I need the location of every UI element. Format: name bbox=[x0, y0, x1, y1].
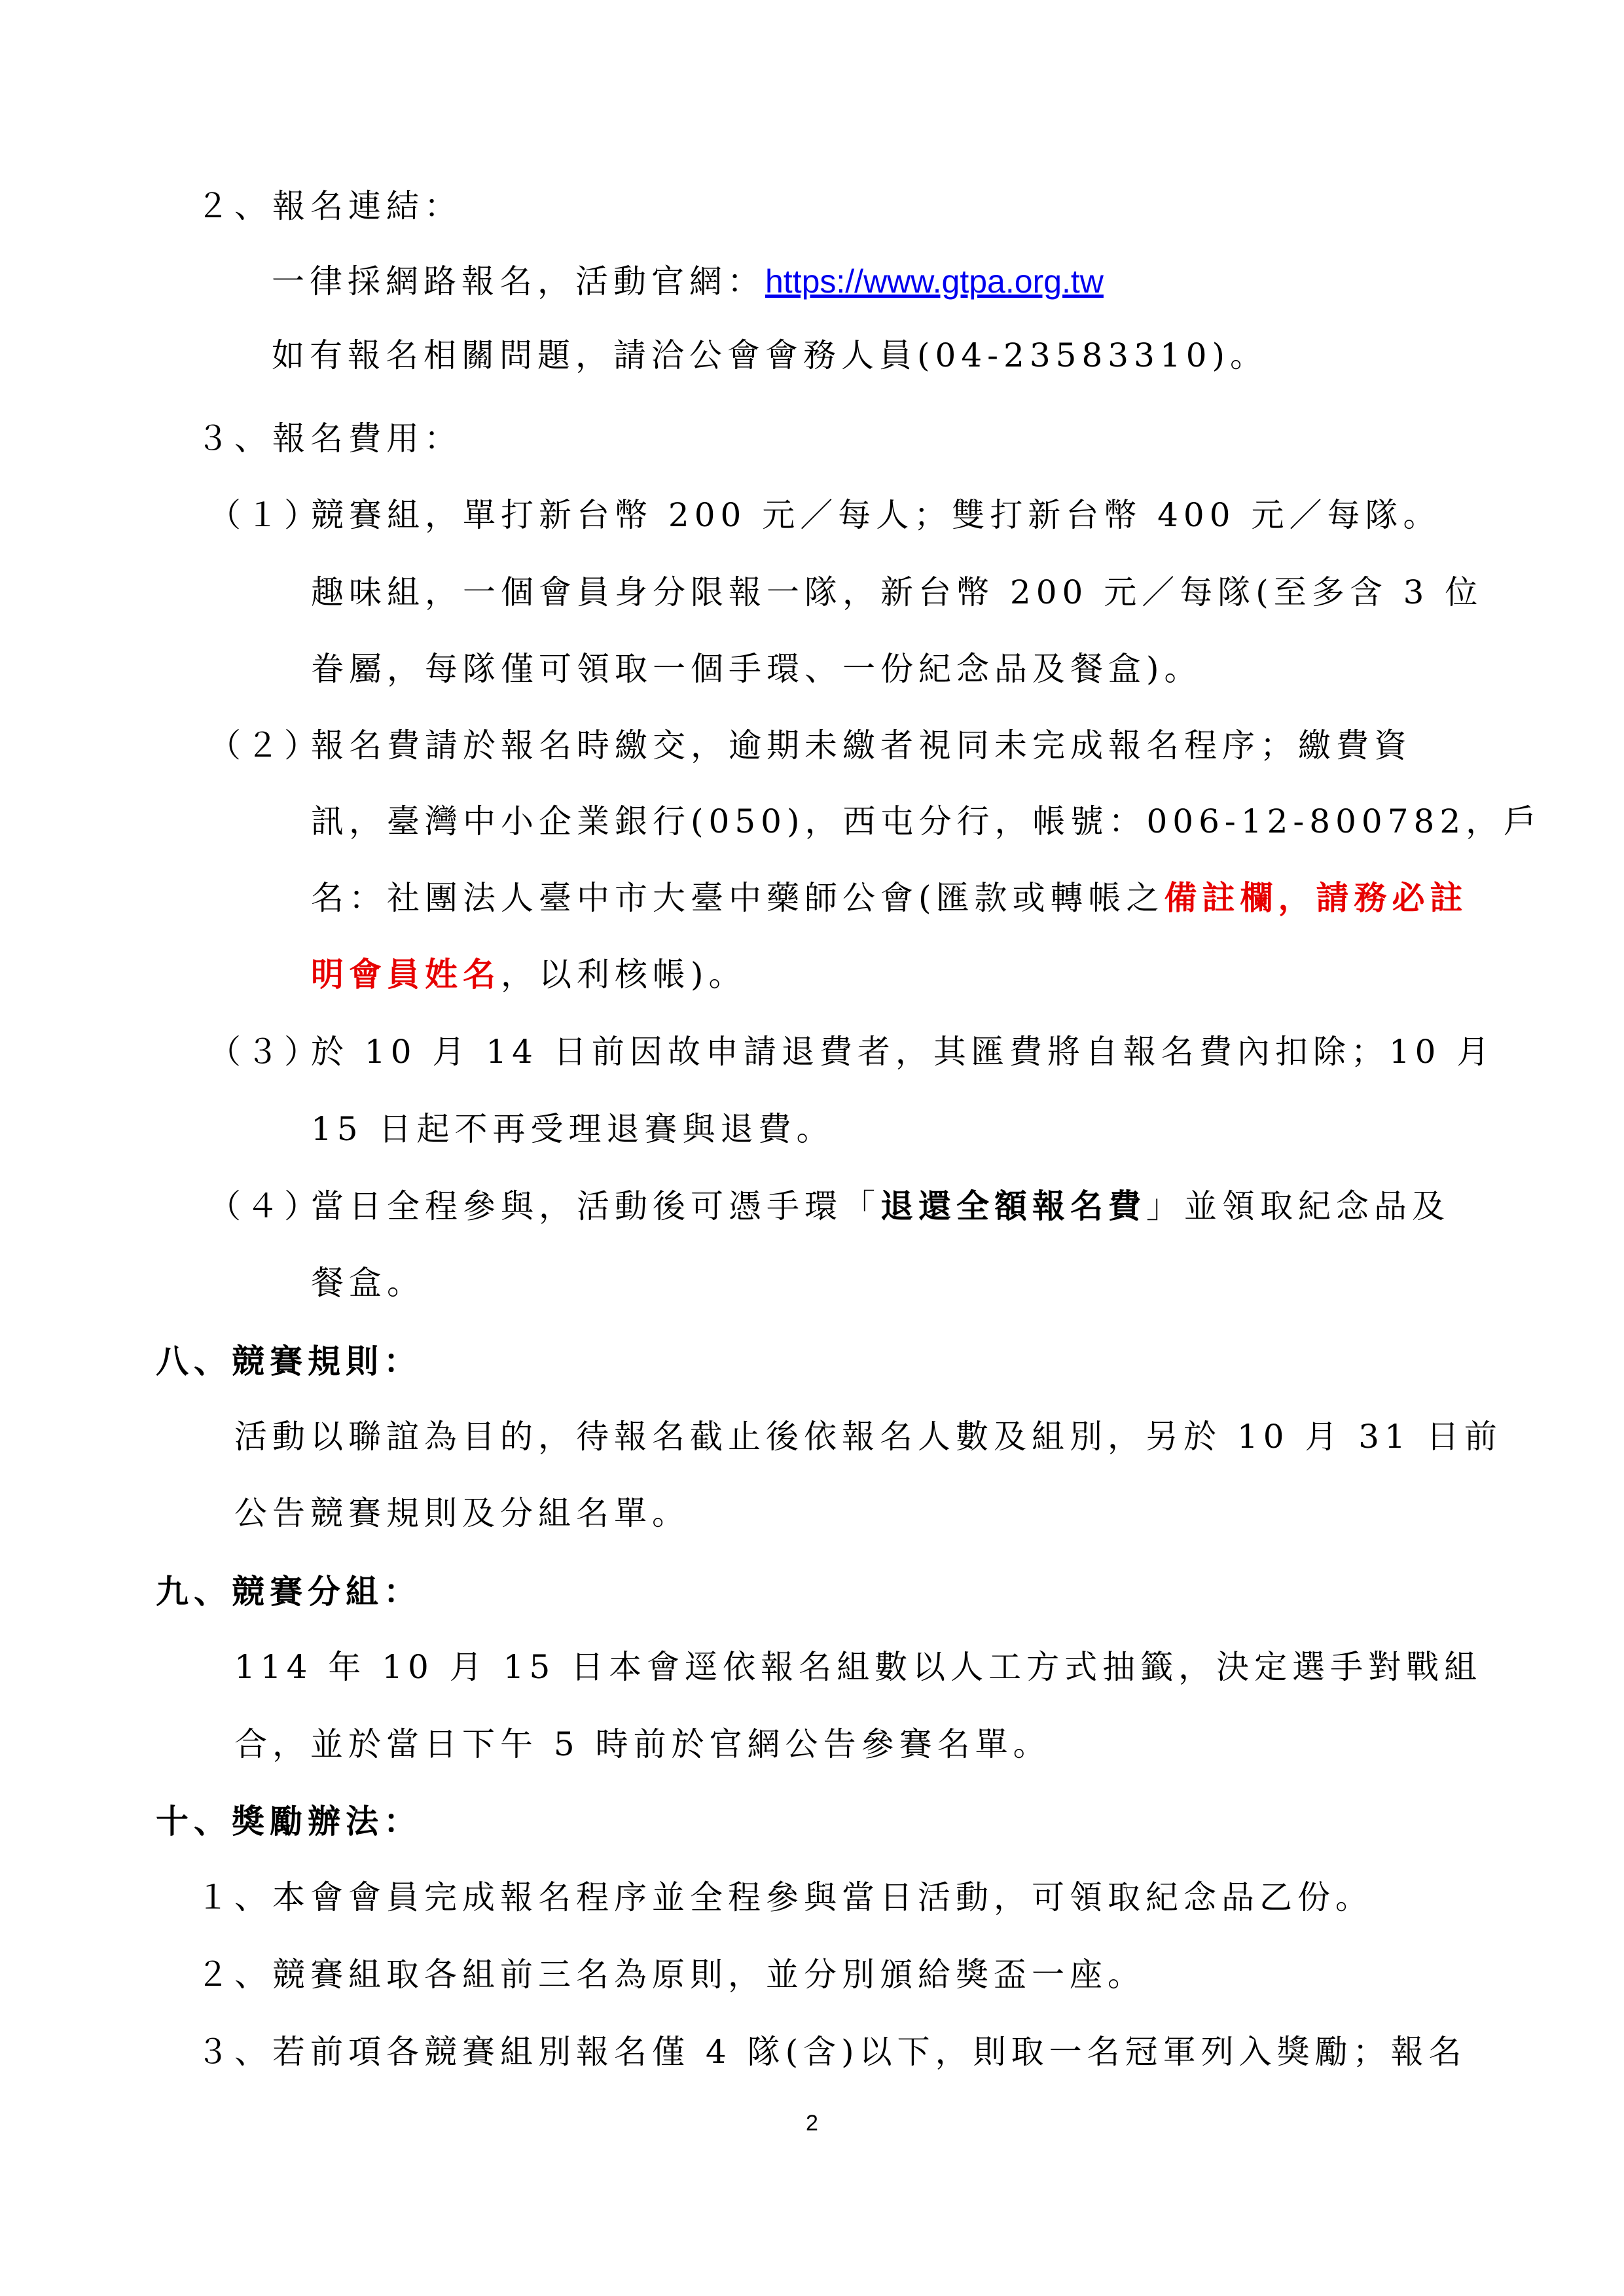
fee-sub3-marker: （３） bbox=[208, 1029, 322, 1075]
fee-sub1-line-2: 趣味組，一個會員身分限報一隊，新台幣 200 元／每隊(至多含 3 位 bbox=[311, 569, 1483, 615]
fee-sub4-line-2: 餐盒。 bbox=[311, 1260, 425, 1306]
remark-emphasis-red: 備註欄，請務必註 bbox=[1164, 879, 1468, 917]
section-9-line-2: 合，並於當日下午 5 時前於官網公告參賽名單。 bbox=[234, 1721, 1051, 1767]
fee-sub4-marker: （４） bbox=[208, 1183, 322, 1229]
fee-sub1-line-3: 眷屬，每隊僅可領取一個手環、一份紀念品及餐盒)。 bbox=[311, 646, 1202, 692]
section-8-line-2: 公告競賽規則及分組名單。 bbox=[234, 1490, 690, 1536]
fee-sub1-marker: （１） bbox=[208, 492, 322, 538]
member-name-emphasis-red: 明會員姓名 bbox=[311, 956, 501, 994]
fee-sub2-line-4: 明會員姓名，以利核帳)。 bbox=[311, 952, 747, 997]
item-2-online-line: 一律採網路報名，活動官網：https://www.gtpa.org.tw bbox=[272, 259, 1104, 304]
fee-sub4-line-1: 當日全程參與，活動後可憑手環「退還全額報名費」並領取紀念品及 bbox=[311, 1183, 1450, 1229]
fee-sub2-line-3-plain: 名：社團法人臺中市大臺中藥師公會(匯款或轉帳之 bbox=[311, 879, 1164, 917]
reward-item-1: １、本會會員完成報名程序並全程參與當日活動，可領取紀念品乙份。 bbox=[196, 1874, 1373, 1920]
online-registration-text: 一律採網路報名，活動官網： bbox=[272, 262, 765, 300]
fee-sub3-line-2: 15 日起不再受理退賽與退費。 bbox=[311, 1106, 835, 1152]
item-2-contact-line: 如有報名相關問題，請洽公會會務人員(04-23583310)。 bbox=[272, 332, 1268, 378]
reward-item-2: ２、競賽組取各組前三名為原則，並分別頒給獎盃一座。 bbox=[196, 1952, 1146, 1998]
fee-sub1-line-1: 競賽組，單打新台幣 200 元／每人；雙打新台幣 400 元／每隊。 bbox=[311, 492, 1441, 538]
item-2-heading: ２、報名連結： bbox=[196, 183, 462, 229]
section-9-line-1: 114 年 10 月 15 日本會逕依報名組數以人工方式抽籤，決定選手對戰組 bbox=[234, 1644, 1482, 1690]
section-10-heading: 十、獎勵辦法： bbox=[156, 1799, 422, 1844]
fee-sub3-line-1: 於 10 月 14 日前因故申請退費者，其匯費將自報名費內扣除；10 月 bbox=[311, 1029, 1494, 1075]
section-8-line-1: 活動以聯誼為目的，待報名截止後依報名人數及組別，另於 10 月 31 日前 bbox=[234, 1414, 1502, 1460]
fee-sub2-marker: （２） bbox=[208, 723, 322, 768]
reward-item-3: ３、若前項各競賽組別報名僅 4 隊(含)以下，則取一名冠軍列入獎勵；報名 bbox=[196, 2029, 1467, 2075]
fee-sub4-post: 」並領取紀念品及 bbox=[1146, 1187, 1450, 1225]
fee-sub2-line-1: 報名費請於報名時繳交，逾期未繳者視同未完成報名程序；繳費資 bbox=[311, 723, 1412, 768]
section-9-heading: 九、競賽分組： bbox=[156, 1569, 422, 1615]
fee-sub2-line-4-plain: ，以利核帳)。 bbox=[501, 956, 747, 994]
fee-sub2-line-3: 名：社團法人臺中市大臺中藥師公會(匯款或轉帳之備註欄，請務必註 bbox=[311, 875, 1468, 921]
fee-sub2-line-2: 訊，臺灣中小企業銀行(050)，西屯分行，帳號：006-12-800782，戶 bbox=[311, 798, 1542, 844]
section-8-heading: 八、競賽規則： bbox=[156, 1338, 422, 1384]
full-refund-emphasis: 退還全額報名費 bbox=[880, 1187, 1146, 1225]
fee-sub4-pre: 當日全程參與，活動後可憑手環「 bbox=[311, 1187, 880, 1225]
item-3-heading: ３、報名費用： bbox=[196, 416, 462, 461]
official-website-link[interactable]: https://www.gtpa.org.tw bbox=[765, 263, 1104, 300]
page-number: 2 bbox=[0, 2111, 1624, 2136]
